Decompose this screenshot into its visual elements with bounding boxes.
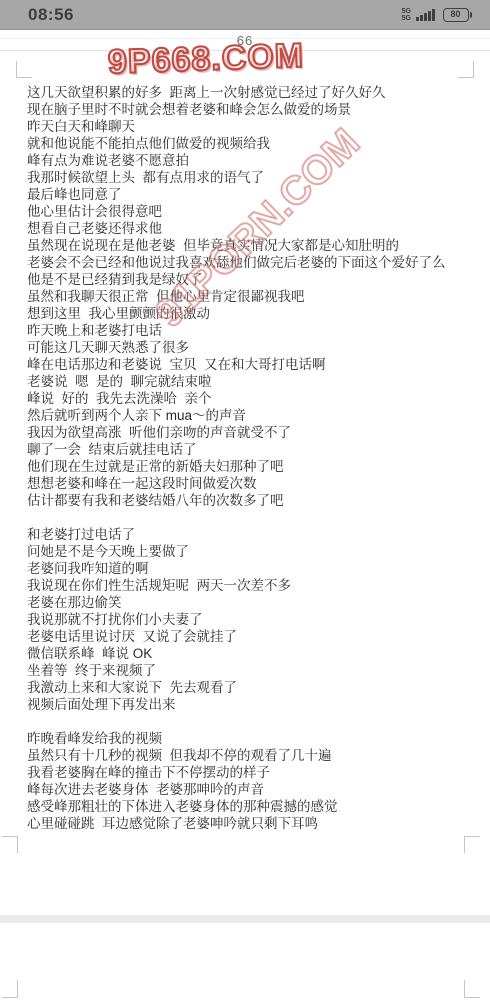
text-line: 微信联系峰 峰说 OK bbox=[27, 645, 477, 662]
text-line: 感受峰那粗壮的下体进入老婆身体的那种震撼的感觉 bbox=[27, 798, 477, 815]
text-line: 最后峰也同意了 bbox=[27, 186, 477, 203]
network-label-sim2: 5G bbox=[402, 15, 411, 22]
page-corner-mark-top-left bbox=[16, 61, 32, 78]
text-line: 想到这里 我心里颤颤的很激动 bbox=[27, 305, 477, 322]
clock-label: 08:56 bbox=[28, 5, 74, 25]
text-line: 昨天晚上和老婆打电话 bbox=[27, 322, 477, 339]
text-line: 我看老婆胸在峰的撞击下不停摆动的样子 bbox=[27, 764, 477, 781]
site-watermark: 9P668.COM bbox=[87, 36, 324, 83]
text-line: 就和他说能不能拍点他们做爱的视频给我 bbox=[27, 135, 477, 152]
text-line: 可能这几天聊天熟悉了很多 bbox=[27, 339, 477, 356]
text-line: 峰有点为难说老婆不愿意拍 bbox=[27, 152, 477, 169]
text-line: 峰每次进去老婆身体 老婆那呻吟的声音 bbox=[27, 781, 477, 798]
phone-screen: 08:56 5G 5G 80 66 9P668.COM 91PORN.COM 这… bbox=[0, 0, 490, 1000]
text-line: 估计都要有我和老婆结婚八年的次数多了吧 bbox=[27, 492, 477, 509]
text-line: 心里碰碰跳 耳边感觉除了老婆呻吟就只剩下耳鸣 bbox=[27, 815, 477, 832]
text-line: 虽然只有十几秒的视频 但我却不停的观看了几十遍 bbox=[27, 747, 477, 764]
text-line: 老婆电话里说讨厌 又说了会就挂了 bbox=[27, 628, 477, 645]
text-line: 视频后面处理下再发出来 bbox=[27, 696, 477, 713]
text-line: 峰在电话那边和老婆说 宝贝 又在和大哥打电话啊 bbox=[27, 356, 477, 373]
text-line: 我因为欲望高涨 听他们亲吻的声音就受不了 bbox=[27, 424, 477, 441]
text-line: 问她是不是今天晚上要做了 bbox=[27, 543, 477, 560]
text-line: 我说那就不打扰你们小夫妻了 bbox=[27, 611, 477, 628]
network-label-sim1: 5G bbox=[402, 8, 411, 15]
text-line bbox=[27, 713, 477, 730]
text-line: 虽然和我聊天很正常 但他心里肯定很鄙视我吧 bbox=[27, 288, 477, 305]
text-line: 昨晚看峰发给我的视频 bbox=[27, 730, 477, 747]
page-corner-mark-bottom-left bbox=[2, 980, 18, 998]
text-line: 昨天白天和峰聊天 bbox=[27, 118, 477, 135]
text-content[interactable]: 这几天欲望积累的好多 距离上一次射感觉已经过了好久好久现在脑子里时不时就会想着老… bbox=[27, 84, 477, 832]
text-line: 和老婆打过电话了 bbox=[27, 526, 477, 543]
page-separator bbox=[0, 915, 490, 923]
page-corner-mark-mid-left bbox=[2, 836, 18, 853]
text-line: 老婆说 嗯 是的 聊完就结束啦 bbox=[27, 373, 477, 390]
text-line: 老婆在那边偷笑 bbox=[27, 594, 477, 611]
page-corner-mark-bottom-right bbox=[464, 980, 480, 998]
text-line: 老婆问我咋知道的啊 bbox=[27, 560, 477, 577]
network-type-indicator: 5G 5G bbox=[402, 8, 411, 22]
text-line: 峰说 好的 我先去洗澡哈 亲个 bbox=[27, 390, 477, 407]
page-corner-mark-mid-right bbox=[464, 836, 480, 853]
battery-icon: 80 bbox=[443, 8, 473, 22]
signal-strength-icon bbox=[416, 9, 435, 21]
text-line: 聊了一会 结束后就挂电话了 bbox=[27, 441, 477, 458]
text-line: 现在脑子里时不时就会想着老婆和峰会怎么做爱的场景 bbox=[27, 101, 477, 118]
text-line bbox=[27, 509, 477, 526]
text-line: 想想老婆和峰在一起这段时间做爱次数 bbox=[27, 475, 477, 492]
text-line: 我说现在你们性生活规矩呢 两天一次差不多 bbox=[27, 577, 477, 594]
text-line: 他们现在生过就是正常的新婚夫妇那种了吧 bbox=[27, 458, 477, 475]
text-line: 这几天欲望积累的好多 距离上一次射感觉已经过了好久好久 bbox=[27, 84, 477, 101]
text-line: 我激动上来和大家说下 先去观看了 bbox=[27, 679, 477, 696]
status-icons: 5G 5G 80 bbox=[402, 8, 472, 22]
page-corner-mark-top-right bbox=[458, 61, 474, 78]
battery-percent-label: 80 bbox=[450, 10, 460, 19]
text-line: 然后就听到两个人亲下 mua～的声音 bbox=[27, 407, 477, 424]
text-line: 他是不是已经猜到我是绿奴了 bbox=[27, 271, 477, 288]
text-line: 坐着等 终于来视频了 bbox=[27, 662, 477, 679]
status-bar: 08:56 5G 5G 80 bbox=[0, 0, 490, 30]
text-line: 我那时候欲望上头 都有点用求的语气了 bbox=[27, 169, 477, 186]
